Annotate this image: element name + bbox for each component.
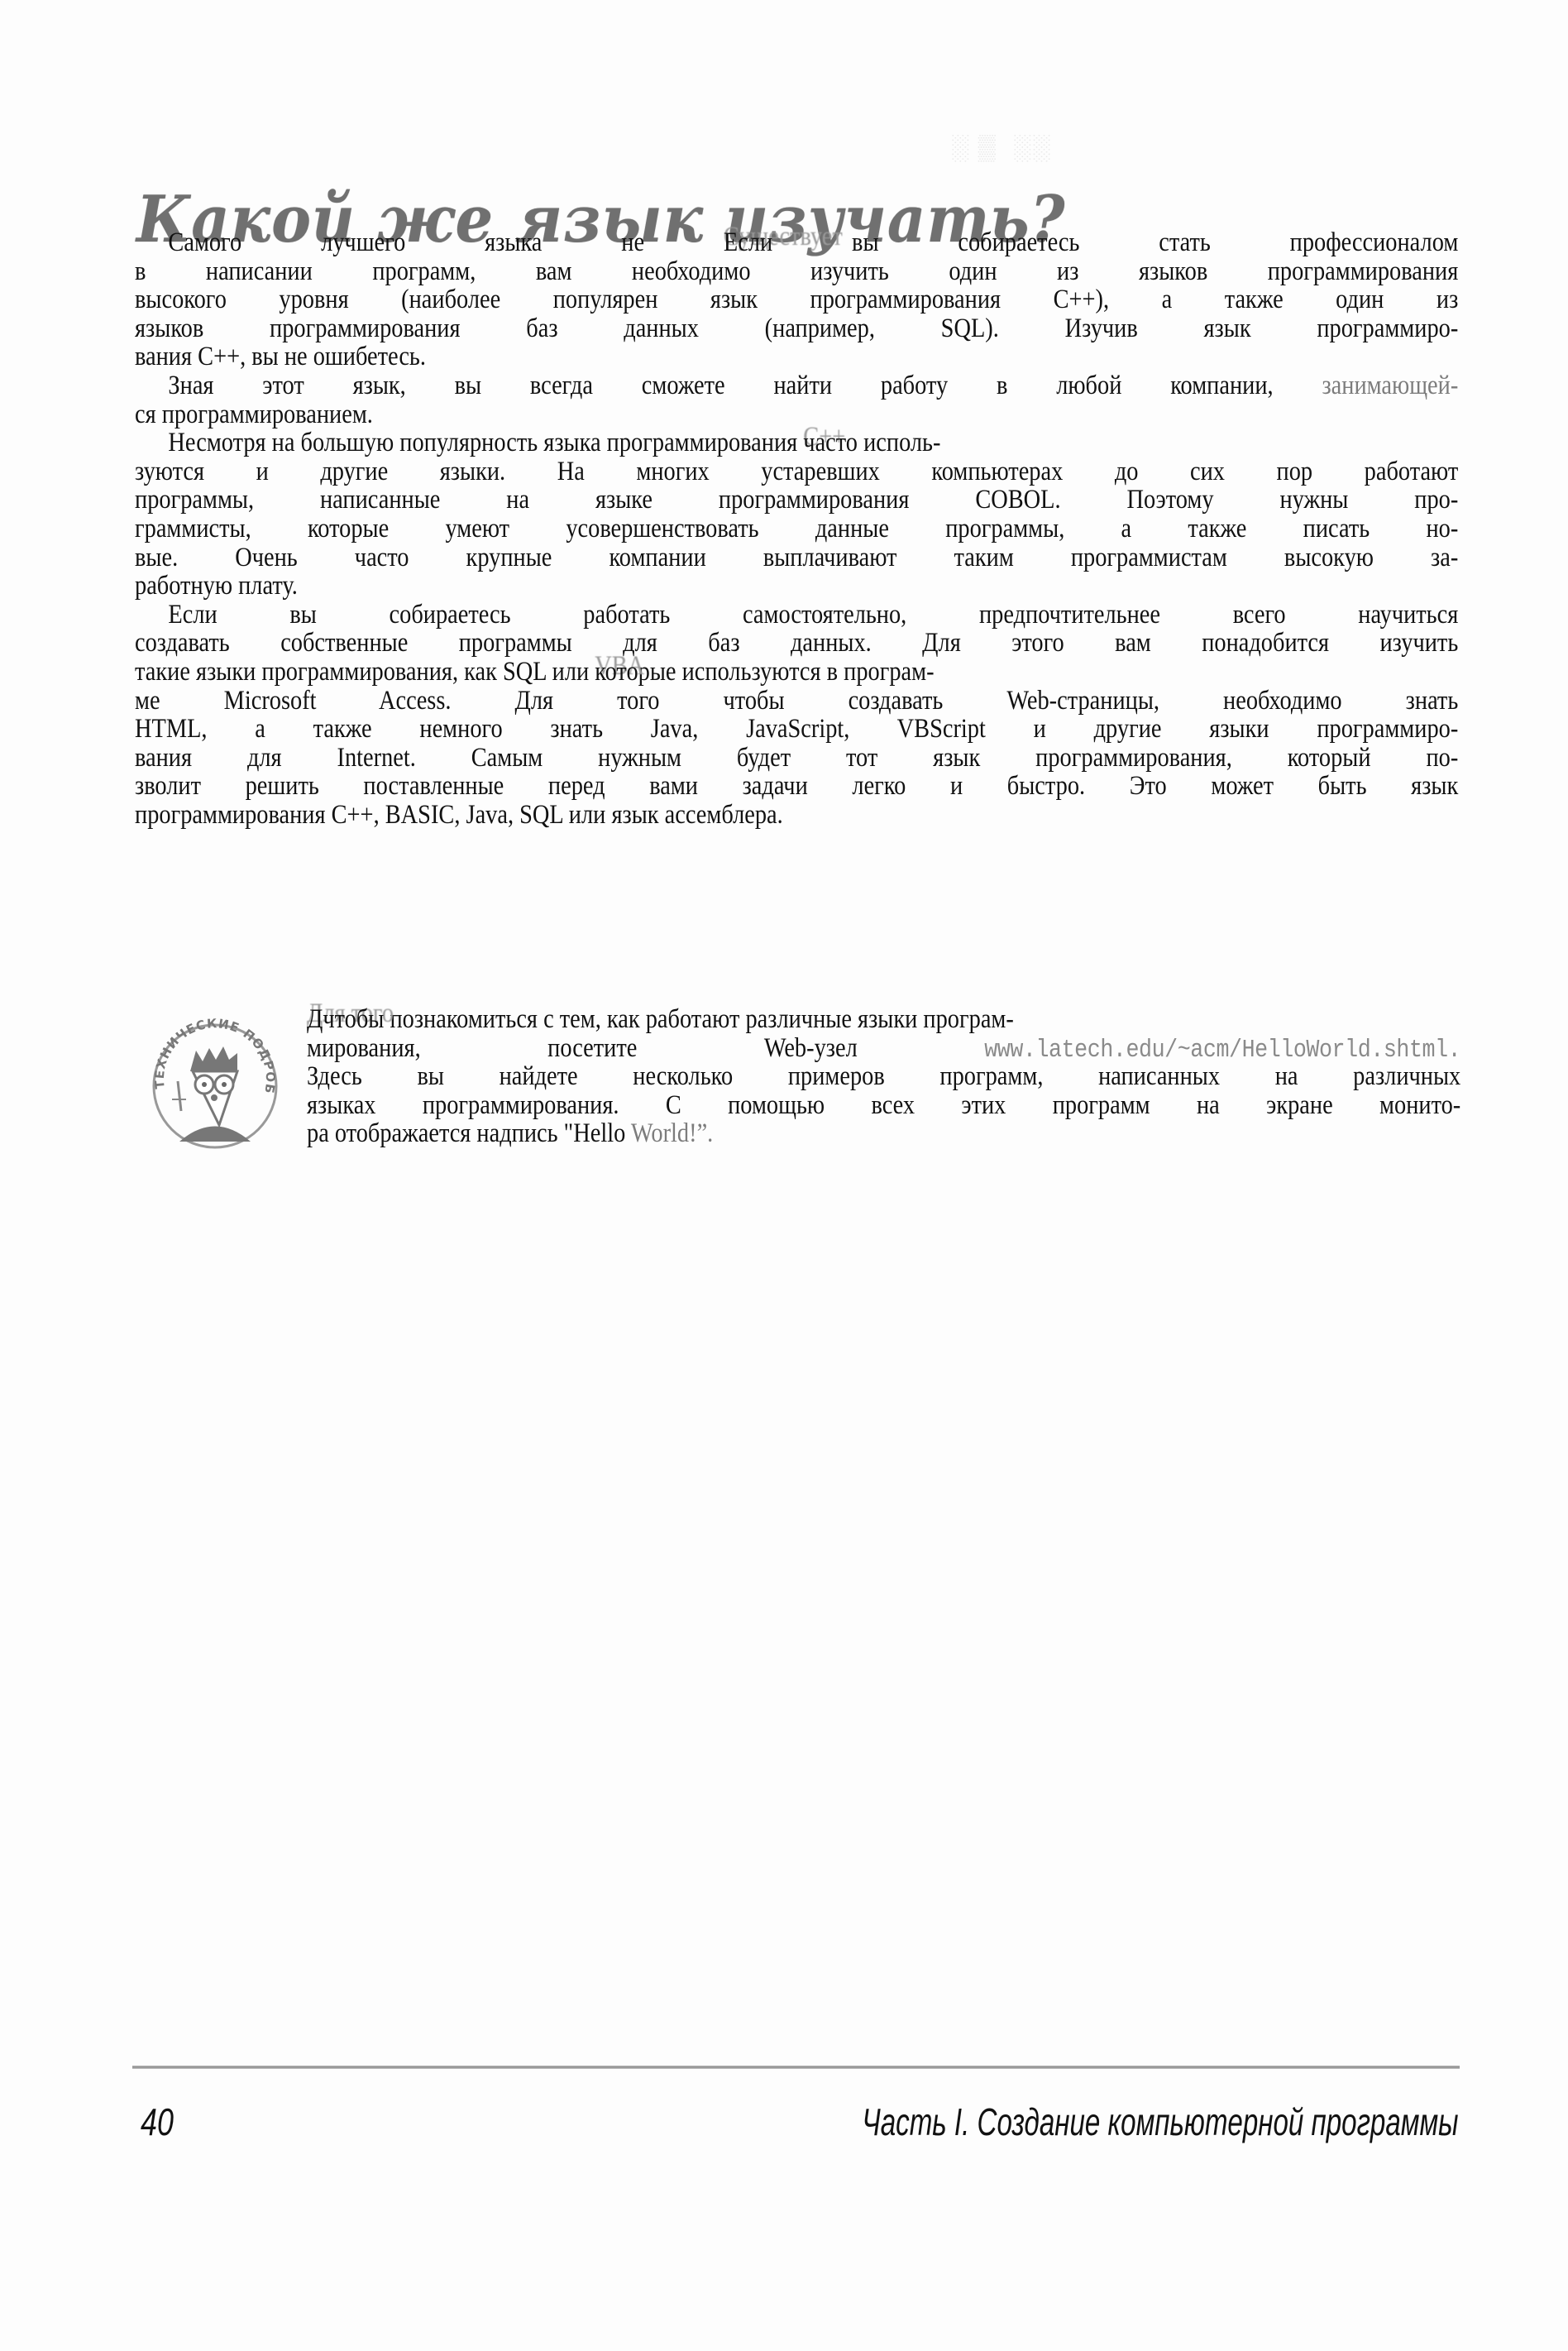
text-line: создавать собственные программы для баз … (135, 629, 1458, 658)
text-line: программы, написанные на языке программи… (135, 486, 1458, 515)
text-line: граммисты, которые умеют усовершенствова… (135, 515, 1458, 543)
bleed-through-texture: ░ ▒ ░░ (951, 124, 1052, 172)
page-number: 40 (141, 2100, 174, 2144)
text-line: языках программирования. С помощью всех … (307, 1091, 1460, 1120)
paragraph-2: Зная этот язык, вы всегда сможете найти … (135, 371, 1458, 429)
running-footer-part-title: Часть I. Создание компьютерной программы (863, 2100, 1459, 2144)
text-line: Самого лучшего языка не СуществуетЕсли в… (135, 228, 1458, 257)
text-line: программирования C++, BASIC, Java, SQL и… (135, 801, 1458, 830)
text-line: вания для Internet. Самым нужным будет т… (135, 744, 1458, 773)
text-line: языков программирования баз данных (напр… (135, 314, 1458, 343)
text-line: вания C++, вы не ошибетесь. (135, 342, 1458, 371)
text-line: высокого уровня (наиболее популярен язык… (135, 285, 1458, 314)
text-line: ра отображается надпись "Hello World!”. (307, 1119, 1460, 1148)
text-line: ся программированием. (135, 400, 1458, 429)
text-line: такие языки программирования, как SQL ил… (135, 658, 1458, 687)
paragraph-3: Несмотря на большую популярность языка п… (135, 429, 1458, 601)
helloworld-url-link[interactable]: www.latech.edu/~acm/HelloWorld.shtml. (984, 1036, 1460, 1065)
text-line: Для тогоДчтобы познакомиться с тем, как … (307, 1005, 1460, 1034)
text-line: зуются и другие языки. На многих устарев… (135, 457, 1458, 486)
technical-details-icon: ТЕХНИЧЕСКИЕ ПОДРОБНОСТИ (145, 1013, 285, 1154)
text-line: Несмотря на большую популярность языка п… (135, 429, 1458, 457)
paragraph-1: Самого лучшего языка не СуществуетЕсли в… (135, 228, 1458, 371)
note-text: Для тогоДчтобы познакомиться с тем, как … (307, 1005, 1460, 1148)
text-line: работную плату. (135, 572, 1458, 601)
text-line: Здесь вы найдете несколько примеров прог… (307, 1062, 1460, 1091)
text-line: мирования, посетите Web-узел www.latech.… (307, 1034, 1460, 1063)
text-line: Зная этот язык, вы всегда сможете найти … (135, 371, 1458, 400)
paragraph-4: Если вы собираетесь работать самостоятел… (135, 601, 1458, 830)
text-line: в написании программ, вам необходимо изу… (135, 257, 1458, 286)
footer-divider (132, 2066, 1460, 2069)
text-line: вые. Очень часто крупные компании выплач… (135, 543, 1458, 572)
body-text: Самого лучшего языка не СуществуетЕсли в… (135, 228, 1458, 829)
text-line: Если вы собираетесь работать самостоятел… (135, 601, 1458, 630)
text-line: зволит решить поставленные перед вами за… (135, 772, 1458, 801)
book-page: ░ ▒ ░░ Какой же язык изучать? Самого луч… (0, 0, 1568, 2351)
text-line: ме Microsoft Access. Для того чтобы созд… (135, 687, 1458, 716)
text-line: HTML, а также немного знать Java, JavaSc… (135, 715, 1458, 744)
